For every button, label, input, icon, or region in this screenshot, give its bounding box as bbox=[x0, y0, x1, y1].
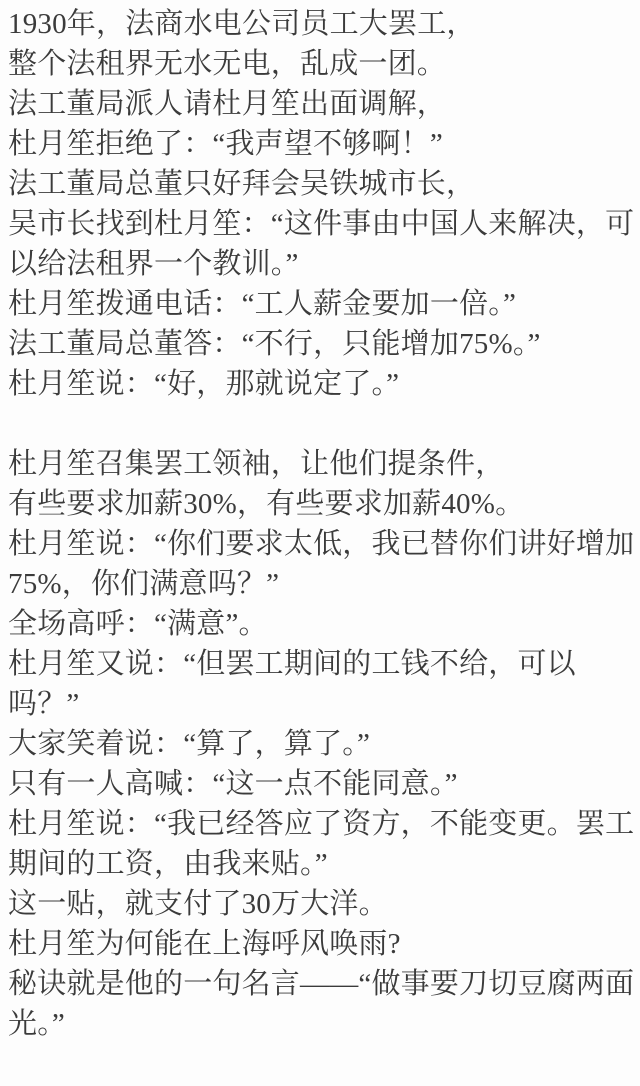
text-line: 这一贴，就支付了30万大洋。 bbox=[8, 884, 632, 924]
text-line: 杜月笙说：“我已经答应了资方，不能变更。罢工 bbox=[8, 804, 632, 844]
paragraph-gap bbox=[8, 404, 632, 444]
text-line: 杜月笙为何能在上海呼风唤雨? bbox=[8, 924, 632, 964]
text-line: 1930年，法商水电公司员工大罢工， bbox=[8, 4, 632, 44]
text-line: 法工董局派人请杜月笙出面调解， bbox=[8, 84, 632, 124]
text-line: 吗？” bbox=[8, 684, 632, 724]
text-line: 全场高呼：“满意”。 bbox=[8, 604, 632, 644]
text-line: 整个法租界无水无电，乱成一团。 bbox=[8, 44, 632, 84]
text-line: 以给法租界一个教训。” bbox=[8, 244, 632, 284]
text-line: 吴市长找到杜月笙：“这件事由中国人来解决，可 bbox=[8, 204, 632, 244]
text-line: 大家笑着说：“算了，算了。” bbox=[8, 724, 632, 764]
text-line: 秘诀就是他的一句名言——“做事要刀切豆腐两面 bbox=[8, 964, 632, 1004]
text-line: 杜月笙说：“好，那就说定了。” bbox=[8, 364, 632, 404]
text-line: 杜月笙又说：“但罢工期间的工钱不给，可以 bbox=[8, 644, 632, 684]
text-line: 杜月笙召集罢工领袖，让他们提条件， bbox=[8, 444, 632, 484]
text-line: 期间的工资，由我来贴。” bbox=[8, 844, 632, 884]
text-line: 杜月笙说：“你们要求太低，我已替你们讲好增加 bbox=[8, 524, 632, 564]
text-line: 法工董局总董答：“不行，只能增加75%。” bbox=[8, 324, 632, 364]
text-line: 杜月笙拨通电话：“工人薪金要加一倍。” bbox=[8, 284, 632, 324]
text-line: 法工董局总董只好拜会吴铁城市长， bbox=[8, 164, 632, 204]
text-line: 只有一人高喊：“这一点不能同意。” bbox=[8, 764, 632, 804]
text-line: 光。” bbox=[8, 1004, 632, 1044]
text-line: 75%，你们满意吗？” bbox=[8, 564, 632, 604]
text-line: 杜月笙拒绝了：“我声望不够啊！” bbox=[8, 124, 632, 164]
text-line: 有些要求加薪30%，有些要求加薪40%。 bbox=[8, 484, 632, 524]
article-body: 1930年，法商水电公司员工大罢工， 整个法租界无水无电，乱成一团。 法工董局派… bbox=[0, 0, 640, 1086]
